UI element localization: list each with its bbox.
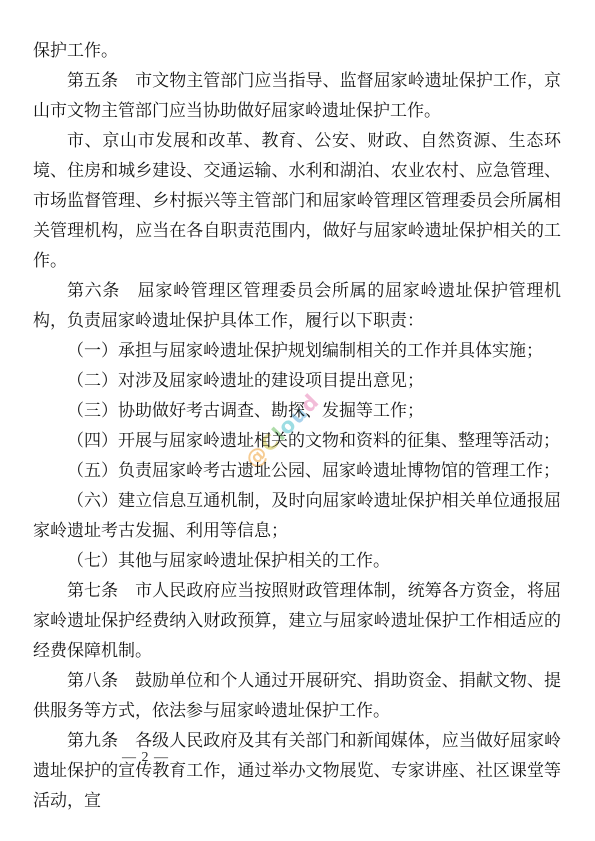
paragraph-item-2: （二）对涉及屈家岭遗址的建设项目提出意见；: [33, 366, 561, 396]
paragraph-item-1: （一）承担与屈家岭遗址保护规划编制相关的工作并具体实施；: [33, 336, 561, 366]
page-number: — 2 —: [122, 750, 169, 766]
paragraph-article-7: 第七条 市人民政府应当按照财政管理体制，统筹各方资金，将屈家岭遗址保护经费纳入财…: [33, 576, 561, 666]
paragraph-item-4: （四）开展与屈家岭遗址相关的文物和资料的征集、整理等活动；: [33, 426, 561, 456]
paragraph-article-5: 第五条 市文物主管部门应当指导、监督屈家岭遗址保护工作，京山市文物主管部门应当协…: [33, 66, 561, 126]
paragraph-item-3: （三）协助做好考古调查、勘探、发掘等工作；: [33, 396, 561, 426]
paragraph-article-6: 第六条 屈家岭管理区管理委员会所属的屈家岭遗址保护管理机构，负责屈家岭遗址保护具…: [33, 276, 561, 336]
paragraph-article-9: 第九条 各级人民政府及其有关部门和新闻媒体，应当做好屈家岭遗址保护的宣传教育工作…: [33, 726, 561, 816]
document-body: 保护工作。 第五条 市文物主管部门应当指导、监督屈家岭遗址保护工作，京山市文物主…: [33, 36, 561, 816]
document-page: @Cloud 保护工作。 第五条 市文物主管部门应当指导、监督屈家岭遗址保护工作…: [0, 0, 595, 841]
paragraph-item-5: （五）负责屈家岭考古遗址公园、屈家岭遗址博物馆的管理工作；: [33, 456, 561, 486]
paragraph-continuation: 保护工作。: [33, 36, 561, 66]
paragraph-item-7: （七）其他与屈家岭遗址保护相关的工作。: [33, 546, 561, 576]
paragraph-article-8: 第八条 鼓励单位和个人通过开展研究、捐助资金、捐献文物、提供服务等方式，依法参与…: [33, 666, 561, 726]
paragraph-departments: 市、京山市发展和改革、教育、公安、财政、自然资源、生态环境、住房和城乡建设、交通…: [33, 126, 561, 276]
paragraph-item-6: （六）建立信息互通机制，及时向屈家岭遗址保护相关单位通报屈家岭遗址考古发掘、利用…: [33, 486, 561, 546]
